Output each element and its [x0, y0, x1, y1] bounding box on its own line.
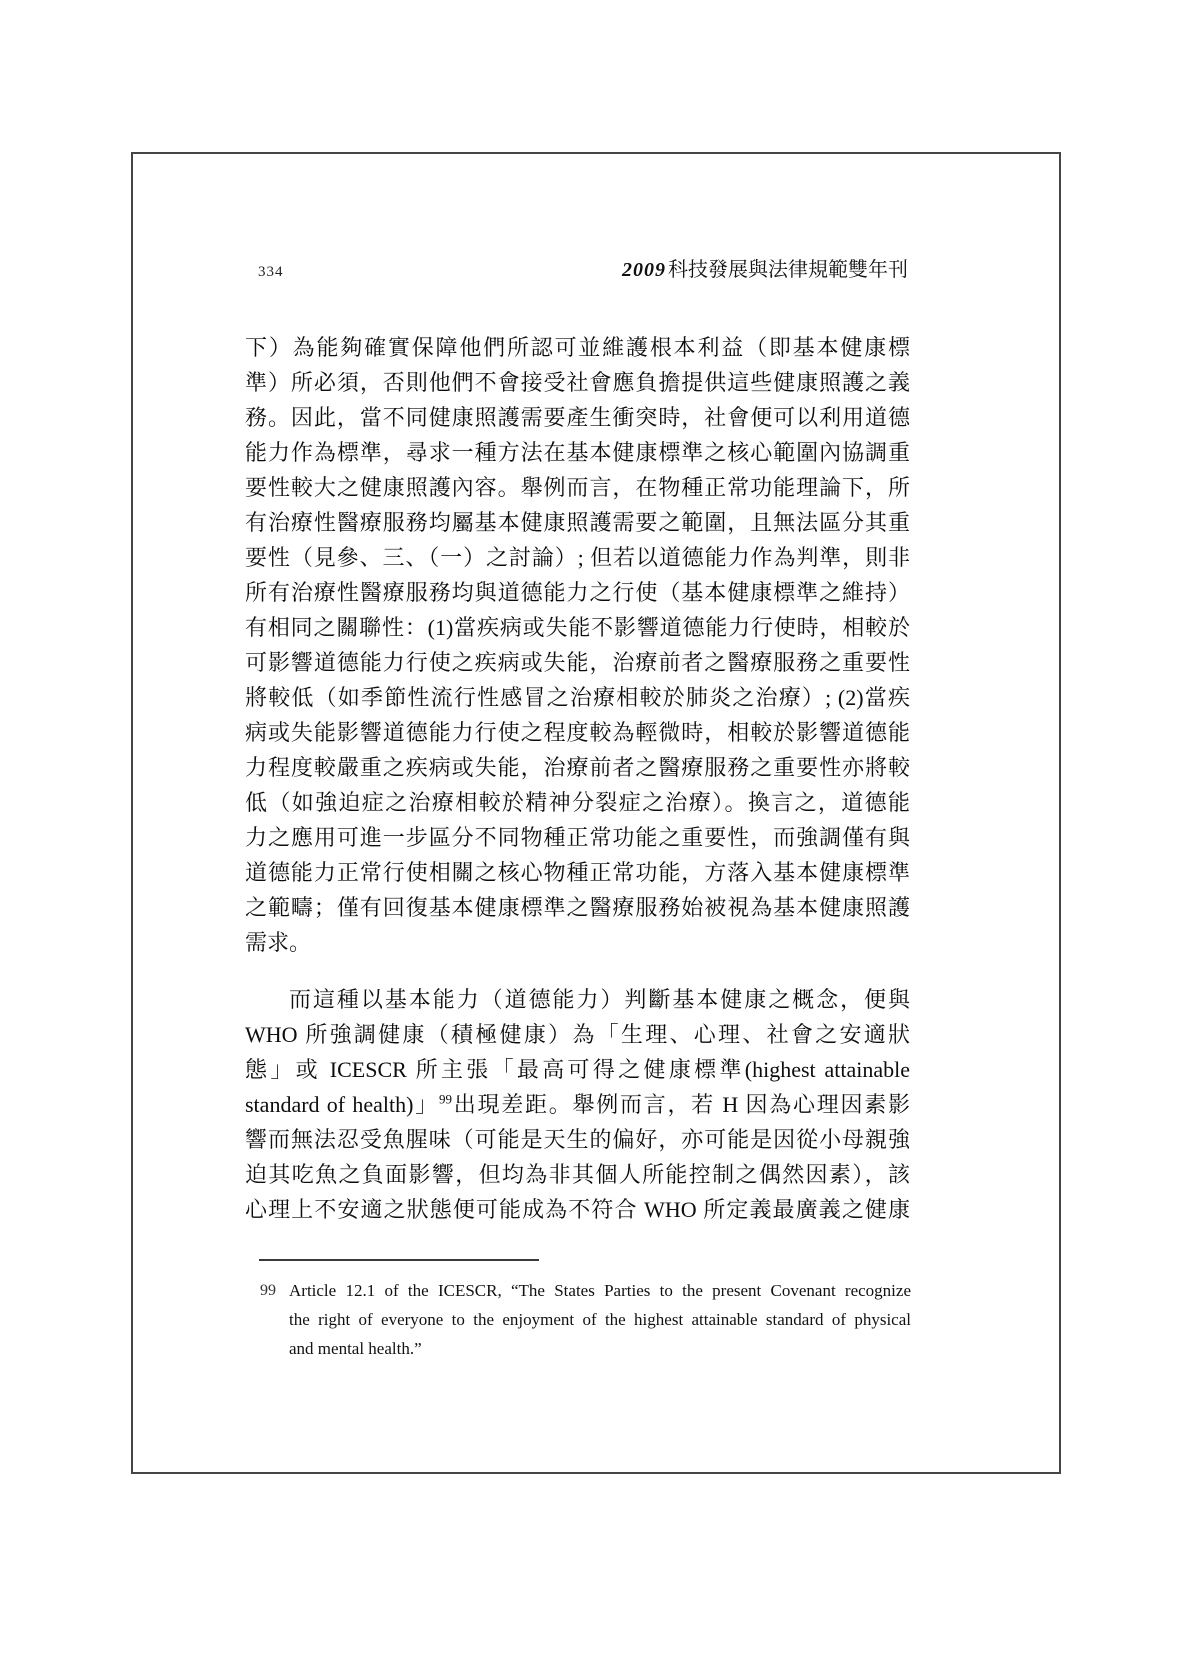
journal-year: 2009 [622, 259, 666, 281]
text-line: and mental health.” [289, 1334, 911, 1363]
text-line: 態」或 ICESCR 所主張「最高可得之健康標準(highest attaina… [245, 1052, 910, 1087]
footnote-separator [259, 1259, 539, 1261]
text-line: 可影響道德能力行使之疾病或失能，治療前者之醫療服務之重要性 [245, 645, 910, 680]
footnote-text: Article 12.1 of the ICESCR, “The States … [289, 1276, 911, 1363]
page-header: 334 2009科技發展與法律規範雙年刊 [258, 253, 908, 282]
text-line: 而這種以基本能力（道德能力）判斷基本健康之概念，便與 [245, 982, 910, 1017]
text-line: 迫其吃魚之負面影響，但均為非其個人所能控制之偶然因素），該 [245, 1157, 910, 1192]
text-line: 心理上不安適之狀態便可能成為不符合 WHO 所定義最廣義之健康 [245, 1192, 910, 1227]
page-number: 334 [258, 264, 284, 281]
text-line: 有相同之關聯性：(1)當疾病或失能不影響道德能力行使時，相較於 [245, 610, 910, 645]
text-line: 要性較大之健康照護內容。舉例而言，在物種正常功能理論下，所 [245, 470, 910, 505]
document-canvas: { "page": { "number": "334", "header": {… [0, 0, 1177, 1664]
paragraph-2: 而這種以基本能力（道德能力）判斷基本健康之概念，便與WHO 所強調健康（積極健康… [245, 982, 910, 1227]
text-line: 之範疇；僅有回復基本健康標準之醫療服務始被視為基本健康照護 [245, 890, 910, 925]
text-line: 力之應用可進一步區分不同物種正常功能之重要性，而強調僅有與 [245, 820, 910, 855]
text-line: 有治療性醫療服務均屬基本健康照護需要之範圍，且無法區分其重 [245, 505, 910, 540]
text-line: 響而無法忍受魚腥味（可能是天生的偏好，亦可能是因從小母親強 [245, 1122, 910, 1157]
paragraph-1: 下）為能夠確實保障他們所認可並維護根本利益（即基本健康標準）所必須，否則他們不會… [245, 330, 910, 960]
text-line: 要性（見參、三、（一）之討論）; 但若以道德能力作為判準，則非 [245, 540, 910, 575]
page-frame: 334 2009科技發展與法律規範雙年刊 下）為能夠確實保障他們所認可並維護根本… [131, 152, 1061, 1474]
footnote-ref-99: 99 [439, 1092, 452, 1107]
text-line: 所有治療性醫療服務均與道德能力之行使（基本健康標準之維持） [245, 575, 910, 610]
journal-title: 2009科技發展與法律規範雙年刊 [622, 253, 908, 282]
footnote: 99 Article 12.1 of the ICESCR, “The Stat… [260, 1276, 915, 1363]
journal-name: 科技發展與法律規範雙年刊 [668, 259, 908, 281]
text-line: 病或失能影響道德能力行使之程度較為輕微時，相較於影響道德能 [245, 715, 910, 750]
text-line: 務。因此，當不同健康照護需要產生衝突時，社會便可以利用道德 [245, 400, 910, 435]
text-line: WHO 所強調健康（積極健康）為「生理、心理、社會之安適狀 [245, 1017, 910, 1052]
text-line: 力程度較嚴重之疾病或失能，治療前者之醫療服務之重要性亦將較 [245, 750, 910, 785]
note-line-pre: standard of health)」 [245, 1092, 439, 1117]
text-line: 將較低（如季節性流行性感冒之治療相較於肺炎之治療）; (2)當疾 [245, 680, 910, 715]
footnote-number: 99 [260, 1276, 276, 1305]
text-line: the right of everyone to the enjoyment o… [289, 1305, 911, 1334]
text-line: 下）為能夠確實保障他們所認可並維護根本利益（即基本健康標 [245, 330, 910, 365]
note-line-post: 出現差距。舉例而言，若 H 因為心理因素影 [452, 1092, 910, 1117]
text-line: Article 12.1 of the ICESCR, “The States … [289, 1276, 911, 1305]
body-text: 下）為能夠確實保障他們所認可並維護根本利益（即基本健康標準）所必須，否則他們不會… [245, 330, 910, 1227]
text-line: 道德能力正常行使相關之核心物種正常功能，方落入基本健康標準 [245, 855, 910, 890]
text-line: 需求。 [245, 925, 910, 960]
text-line: 能力作為標準，尋求一種方法在基本健康標準之核心範圍內協調重 [245, 435, 910, 470]
text-line: 低（如強迫症之治療相較於精神分裂症之治療）。換言之，道德能 [245, 785, 910, 820]
text-line: 準）所必須，否則他們不會接受社會應負擔提供這些健康照護之義 [245, 365, 910, 400]
text-line-with-footnote-ref: standard of health)」99出現差距。舉例而言，若 H 因為心理… [245, 1087, 910, 1122]
